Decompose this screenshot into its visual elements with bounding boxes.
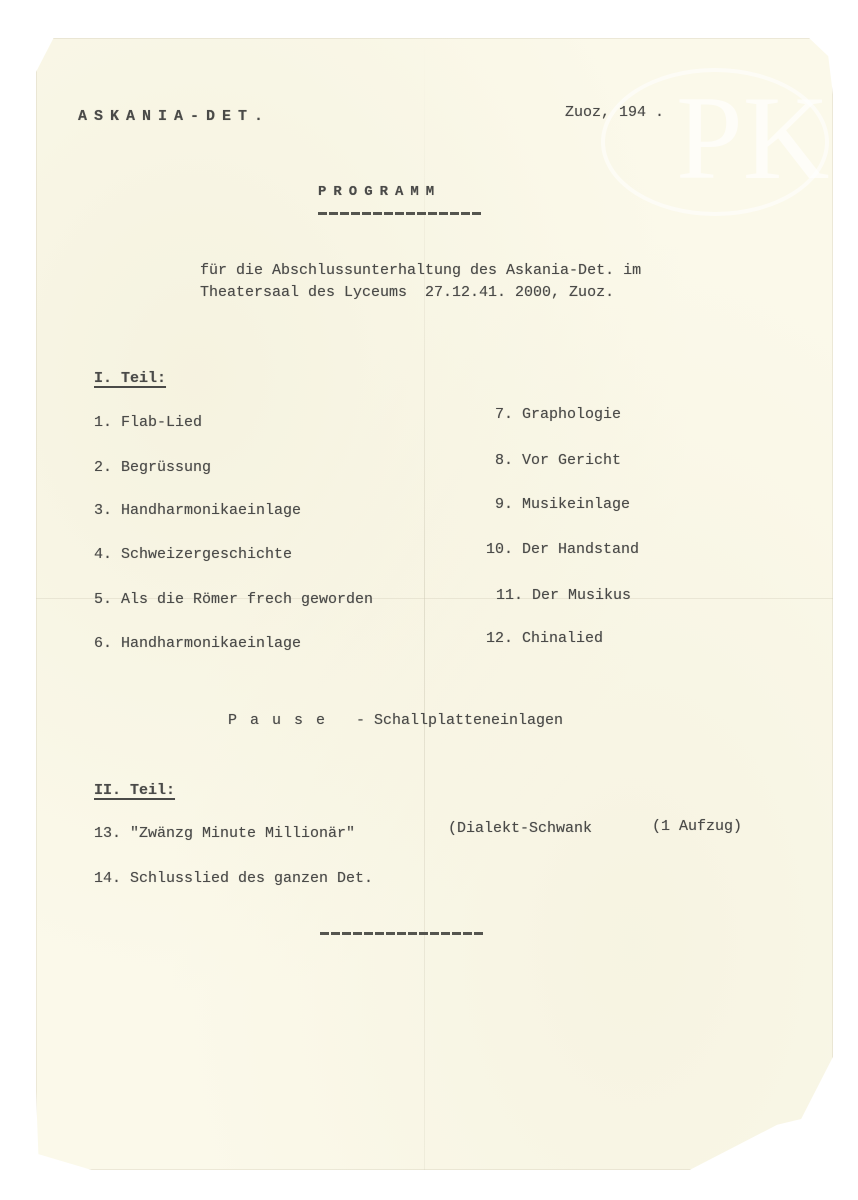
program-item-11: 11. Der Musikus xyxy=(496,587,631,604)
program-item-3: 3. Handharmonikaeinlage xyxy=(94,502,301,519)
program-item-13-acts: (1 Aufzug) xyxy=(652,818,742,835)
program-item-12: 12. Chinalied xyxy=(486,630,603,647)
program-item-8: 8. Vor Gericht xyxy=(495,452,621,469)
page-title: PROGRAMM xyxy=(318,184,441,200)
title-underline xyxy=(318,212,482,215)
closing-divider xyxy=(320,932,484,935)
program-item-7: 7. Graphologie xyxy=(495,406,621,423)
archive-watermark-monogram: PK xyxy=(676,78,829,198)
program-item-1: 1. Flab-Lied xyxy=(94,414,202,431)
program-item-4: 4. Schweizergeschichte xyxy=(94,546,292,563)
subtitle-line-2: Theatersaal des Lyceums 27.12.41. 2000, … xyxy=(200,284,614,301)
organization-name: ASKANIA-DET. xyxy=(78,108,270,125)
subtitle-line-1: für die Abschlussunterhaltung des Askani… xyxy=(200,262,641,279)
program-item-13: 13. "Zwänzg Minute Millionär" xyxy=(94,825,355,842)
program-item-14: 14. Schlusslied des ganzen Det. xyxy=(94,870,373,887)
place-date: Zuoz, 194 . xyxy=(565,104,664,121)
program-item-10: 10. Der Handstand xyxy=(486,541,639,558)
program-item-9: 9. Musikeinlage xyxy=(495,496,630,513)
program-item-13-note: (Dialekt-Schwank xyxy=(448,820,592,837)
program-item-6: 6. Handharmonikaeinlage xyxy=(94,635,301,652)
paper-fold-vertical xyxy=(424,38,425,1170)
intermission-label: P a u s e xyxy=(228,712,327,729)
program-item-5: 5. Als die Römer frech geworden xyxy=(94,591,373,608)
intermission-detail: - Schallplatteneinlagen xyxy=(356,712,563,729)
program-item-2: 2. Begrüssung xyxy=(94,459,211,476)
part-1-heading: I. Teil: xyxy=(94,370,166,387)
part-2-heading: II. Teil: xyxy=(94,782,175,799)
